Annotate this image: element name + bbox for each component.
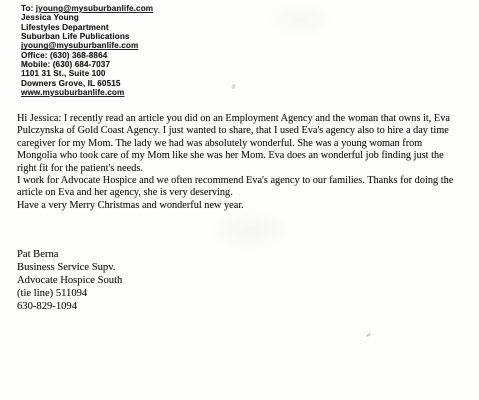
letter-body-line: Pulczynska of Gold Coast Agency. I just …: [17, 125, 453, 137]
recipient-email-link[interactable]: jyoung@mysuburbanlife.com: [21, 41, 153, 50]
recipient-name: Jessica Young: [21, 13, 153, 22]
letter-body-line: caregiver for my Mom. The lady we had wa…: [17, 138, 453, 150]
scan-artifact: [366, 333, 371, 337]
letter-body: Hi Jessica: I recently read an article y…: [17, 113, 453, 212]
office-phone: Office: (630) 368-8864: [21, 51, 153, 60]
signature-line: Pat Berna: [17, 248, 122, 261]
signature-line: (tie line) 511094: [17, 287, 122, 300]
scanned-letter-page: To: jyoung@mysuburbanlife.com Jessica Yo…: [0, 0, 479, 400]
letter-body-line: Have a very Merry Christmas and wonderfu…: [17, 200, 453, 212]
letter-body-line: I work for Advocate Hospice and we often…: [17, 175, 453, 187]
website-link[interactable]: www.mysuburbanlife.com: [21, 88, 153, 97]
letter-body-line: Hi Jessica: I recently read an article y…: [17, 113, 453, 125]
recipient-department: Lifestyles Department: [21, 23, 153, 32]
mobile-phone: Mobile: (630) 684-7037: [21, 60, 153, 69]
recipient-company: Suburban Life Publications: [21, 32, 153, 41]
letter-body-line: article on Eva and her agency, she is ve…: [17, 187, 453, 199]
address-line-2: Downers Grove, IL 60515: [21, 79, 153, 88]
letter-body-line: right fit for the patient's needs.: [17, 163, 453, 175]
signature-block: Pat BernaBusiness Service Supv.Advocate …: [17, 248, 122, 313]
signature-line: 630-829-1094: [17, 300, 122, 313]
scan-artifact: [231, 84, 235, 90]
to-email-link[interactable]: jyoung@mysuburbanlife.com: [36, 4, 153, 13]
recipient-header-block: To: jyoung@mysuburbanlife.com Jessica Yo…: [21, 4, 153, 97]
signature-line: Business Service Supv.: [17, 261, 122, 274]
signature-line: Advocate Hospice South: [17, 274, 122, 287]
to-line: To: jyoung@mysuburbanlife.com: [21, 4, 153, 13]
address-line-1: 1101 31 St., Suite 100: [21, 69, 153, 78]
to-label: To:: [21, 4, 33, 13]
letter-body-line: Mongolia who took care of my Mom like sh…: [17, 150, 453, 162]
